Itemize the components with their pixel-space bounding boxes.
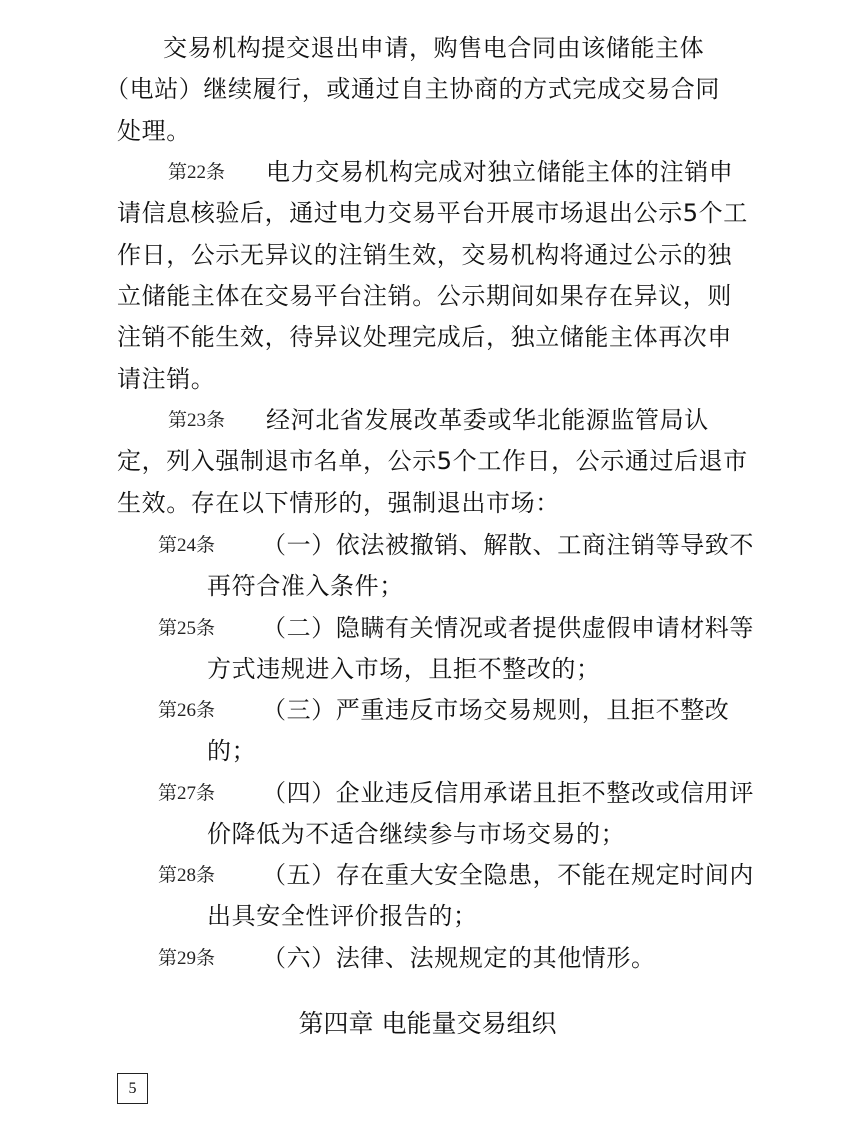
list-item-line: （三）严重违反市场交易规则，且拒不整改 (262, 695, 729, 725)
list-item-line: 出具安全性评价报告的； (207, 901, 478, 931)
paragraph-line: 经河北省发展改革委或华北能源监管局认 (266, 405, 709, 435)
paragraph-line: 电力交易机构完成对独立储能主体的注销申 (266, 157, 733, 187)
list-item-line: （一）依法被撤销、解散、工商注销等导致不 (262, 530, 754, 560)
article-label-23: 第23条 (168, 406, 225, 436)
article-label-26: 第26条 (158, 696, 215, 726)
chapter-heading: 第四章 电能量交易组织 (0, 1008, 855, 1040)
article-label-27: 第27条 (158, 779, 215, 809)
article-label-28: 第28条 (158, 861, 215, 891)
list-item-line: 再符合准入条件； (207, 571, 404, 601)
article-label-25: 第25条 (158, 614, 215, 644)
article-label-22: 第22条 (168, 158, 225, 188)
paragraph-line: 处理。 (117, 116, 191, 146)
paragraph-line: 注销不能生效，待异议处理完成后，独立储能主体再次申 (117, 322, 732, 352)
list-item-line: 的； (207, 736, 256, 766)
article-label-29: 第29条 (158, 944, 215, 974)
list-item-line: （五）存在重大安全隐患，不能在规定时间内 (262, 860, 754, 890)
article-label-24: 第24条 (158, 531, 215, 561)
list-item-line: 方式违规进入市场，且拒不整改的； (207, 654, 601, 684)
paragraph-line: 立储能主体在交易平台注销。公示期间如果存在异议，则 (117, 281, 732, 311)
page-number: 5 (117, 1073, 148, 1104)
list-item-line: （四）企业违反信用承诺且拒不整改或信用评 (262, 778, 754, 808)
list-item-line: （二）隐瞒有关情况或者提供虚假申请材料等 (262, 613, 754, 643)
paragraph-line: （电站）继续履行，或通过自主协商的方式完成交易合同 (105, 74, 720, 104)
paragraph-line: 作日，公示无异议的注销生效，交易机构将通过公示的独 (117, 240, 732, 270)
paragraph-line: 请信息核验后，通过电力交易平台开展市场退出公示5个工 (117, 198, 748, 228)
paragraph-line: 定，列入强制退市名单，公示5个工作日，公示通过后退市 (117, 446, 748, 476)
list-item-line: （六）法律、法规规定的其他情形。 (262, 943, 656, 973)
list-item-line: 价降低为不适合继续参与市场交易的； (207, 819, 625, 849)
paragraph-line: 生效。存在以下情形的，强制退出市场： (117, 488, 560, 518)
paragraph-line: 交易机构提交退出申请，购售电合同由该储能主体 (163, 33, 704, 63)
paragraph-line: 请注销。 (117, 364, 215, 394)
